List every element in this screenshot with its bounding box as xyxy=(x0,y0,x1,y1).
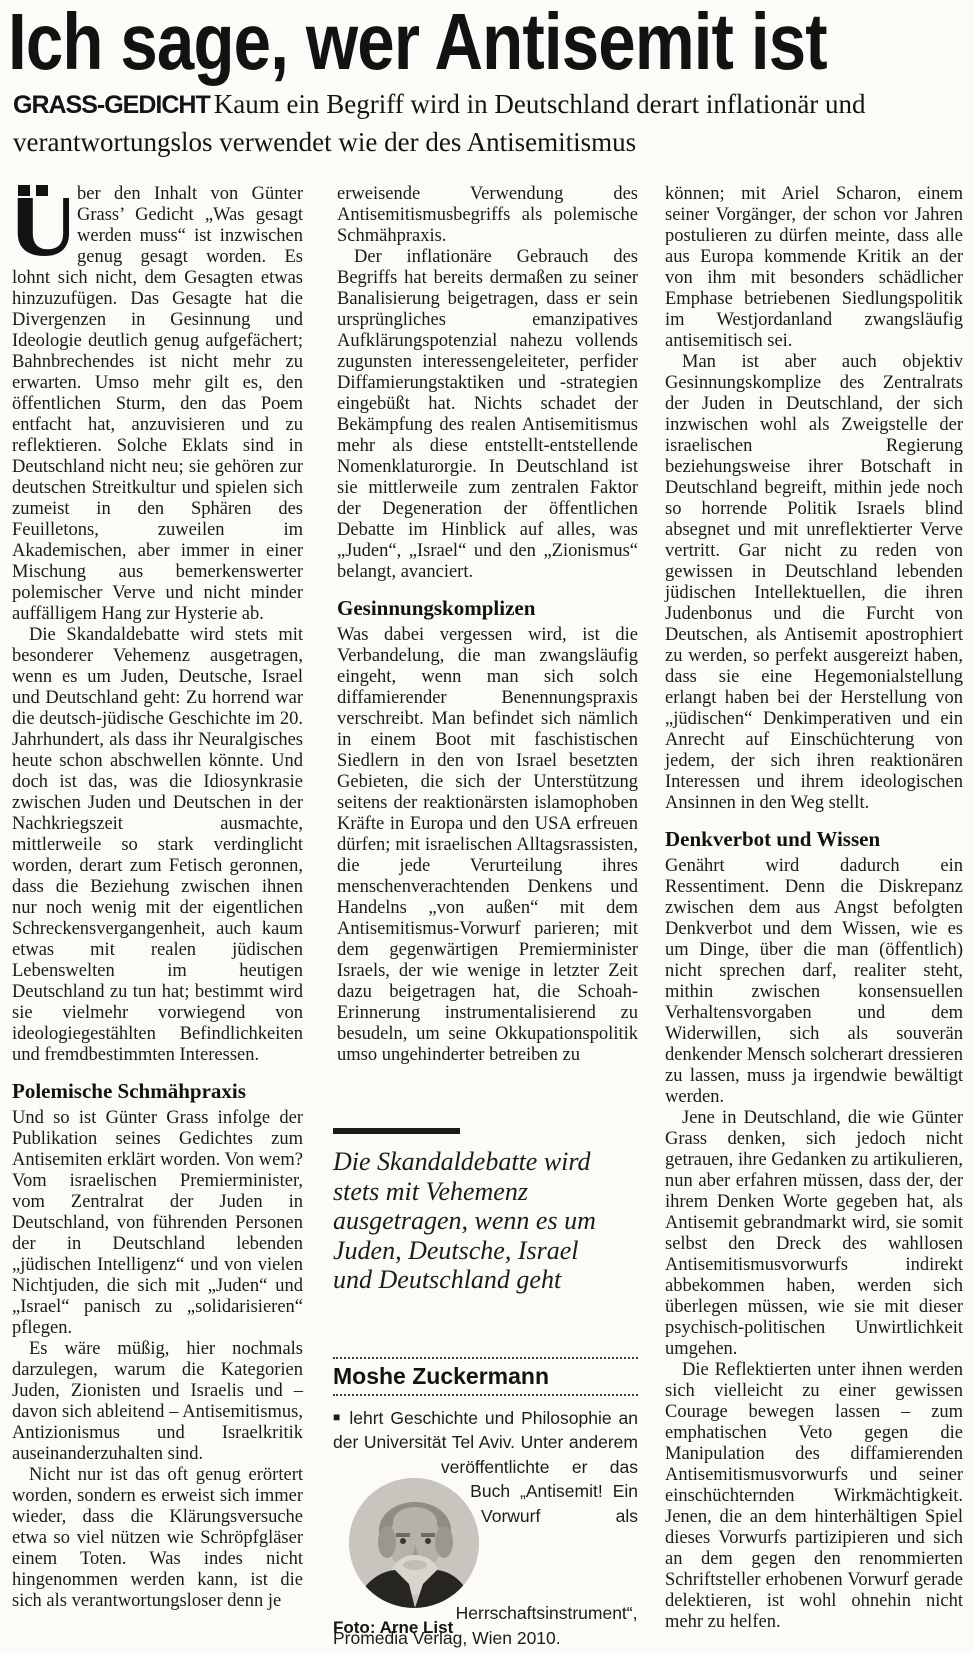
author-name: Moshe Zuckermann xyxy=(333,1363,549,1389)
paragraph-text: Was dabei vergessen wird, ist die Verban… xyxy=(337,625,638,1065)
body-paragraph: Was dabei vergessen wird, ist die Verban… xyxy=(337,625,638,1066)
body-paragraph: Man ist aber auch objektiv Gesinnungskom… xyxy=(665,352,963,814)
paragraph-text: Jene in Deutschland, die wie Günter Gras… xyxy=(665,1108,963,1359)
body-paragraph: Nicht nur ist das oft genug erörtert wor… xyxy=(12,1465,303,1612)
headline: Ich sage, wer Antisemit ist xyxy=(8,0,827,88)
body-paragraph: können; mit Ariel Scharon, einem seiner … xyxy=(665,184,963,352)
paragraph-text: Die Skandaldebatte wird stets mit besond… xyxy=(12,625,303,1065)
body-paragraph: Jene in Deutschland, die wie Günter Gras… xyxy=(665,1108,963,1360)
dropcap-umlaut-square xyxy=(36,185,48,196)
author-name-row: Moshe Zuckermann xyxy=(333,1357,638,1396)
body-paragraph: Die Reflektierten unter ihnen werden sic… xyxy=(665,1360,963,1633)
pull-quote: Die Skandaldebatte wird stets mit Veheme… xyxy=(333,1147,623,1295)
body-paragraph: Der inflationäre Gebrauch des Begriffs h… xyxy=(337,247,638,583)
column-3: können; mit Ariel Scharon, einem seiner … xyxy=(665,184,963,1633)
drop-cap: Ü xyxy=(12,184,69,268)
paragraph-text: Die Reflektierten unter ihnen werden sic… xyxy=(665,1360,963,1632)
bullet-square-icon: ■ xyxy=(333,1410,342,1424)
pull-quote-rule xyxy=(333,1128,460,1134)
paragraph-text: Genährt wird dadurch ein Ressentiment. D… xyxy=(665,856,963,1107)
dropcap-umlaut-square xyxy=(18,185,30,196)
body-paragraph: Und so ist Günter Grass infolge der Publ… xyxy=(12,1108,303,1339)
dropcap-letter: Ü xyxy=(12,198,69,265)
body-paragraph: Über den Inhalt von Günter Grass’ Gedich… xyxy=(12,184,303,625)
paragraph-text: Nicht nur ist das oft genug erörtert wor… xyxy=(12,1465,303,1611)
column-2: erweisende Verwendung des Antisemitismus… xyxy=(337,184,638,1066)
body-paragraph: Es wäre müßig, hier nochmals darzulegen,… xyxy=(12,1339,303,1465)
kicker: GRASS-GEDICHTKaum ein Begriff wird in De… xyxy=(13,86,951,161)
portrait-illustration xyxy=(349,1478,479,1608)
kicker-label: GRASS-GEDICHT xyxy=(13,91,210,119)
section-heading: Denkverbot und Wissen xyxy=(665,827,963,851)
body-paragraph: Die Skandaldebatte wird stets mit besond… xyxy=(12,625,303,1066)
paragraph-text: erweisende Verwendung des Antisemitismus… xyxy=(337,184,638,246)
body-paragraph: Genährt wird dadurch ein Ressentiment. D… xyxy=(665,856,963,1108)
column-1: Über den Inhalt von Günter Grass’ Gedich… xyxy=(12,184,303,1612)
paragraph-text: können; mit Ariel Scharon, einem seiner … xyxy=(665,184,963,351)
section-heading: Polemische Schmähpraxis xyxy=(12,1079,303,1103)
paragraph-text: Man ist aber auch objektiv Gesinnungskom… xyxy=(665,352,963,813)
body-paragraph: erweisende Verwendung des Antisemitismus… xyxy=(337,184,638,247)
paragraph-text: Der inflationäre Gebrauch des Begriffs h… xyxy=(337,247,638,582)
paragraph-text: Es wäre müßig, hier nochmals darzulegen,… xyxy=(12,1339,303,1464)
dropcap-letterbox: Ü xyxy=(12,198,69,265)
pull-quote-and-author-block: Die Skandaldebatte wird stets mit Veheme… xyxy=(333,1110,638,1654)
paragraph-text: Und so ist Günter Grass infolge der Publ… xyxy=(12,1108,303,1338)
author-portrait-photo xyxy=(349,1478,479,1608)
newspaper-article-page: Ich sage, wer Antisemit ist GRASS-GEDICH… xyxy=(0,0,974,1654)
section-heading: Gesinnungskomplizen xyxy=(337,596,638,620)
photo-credit: Foto: Arne List xyxy=(333,1618,453,1638)
